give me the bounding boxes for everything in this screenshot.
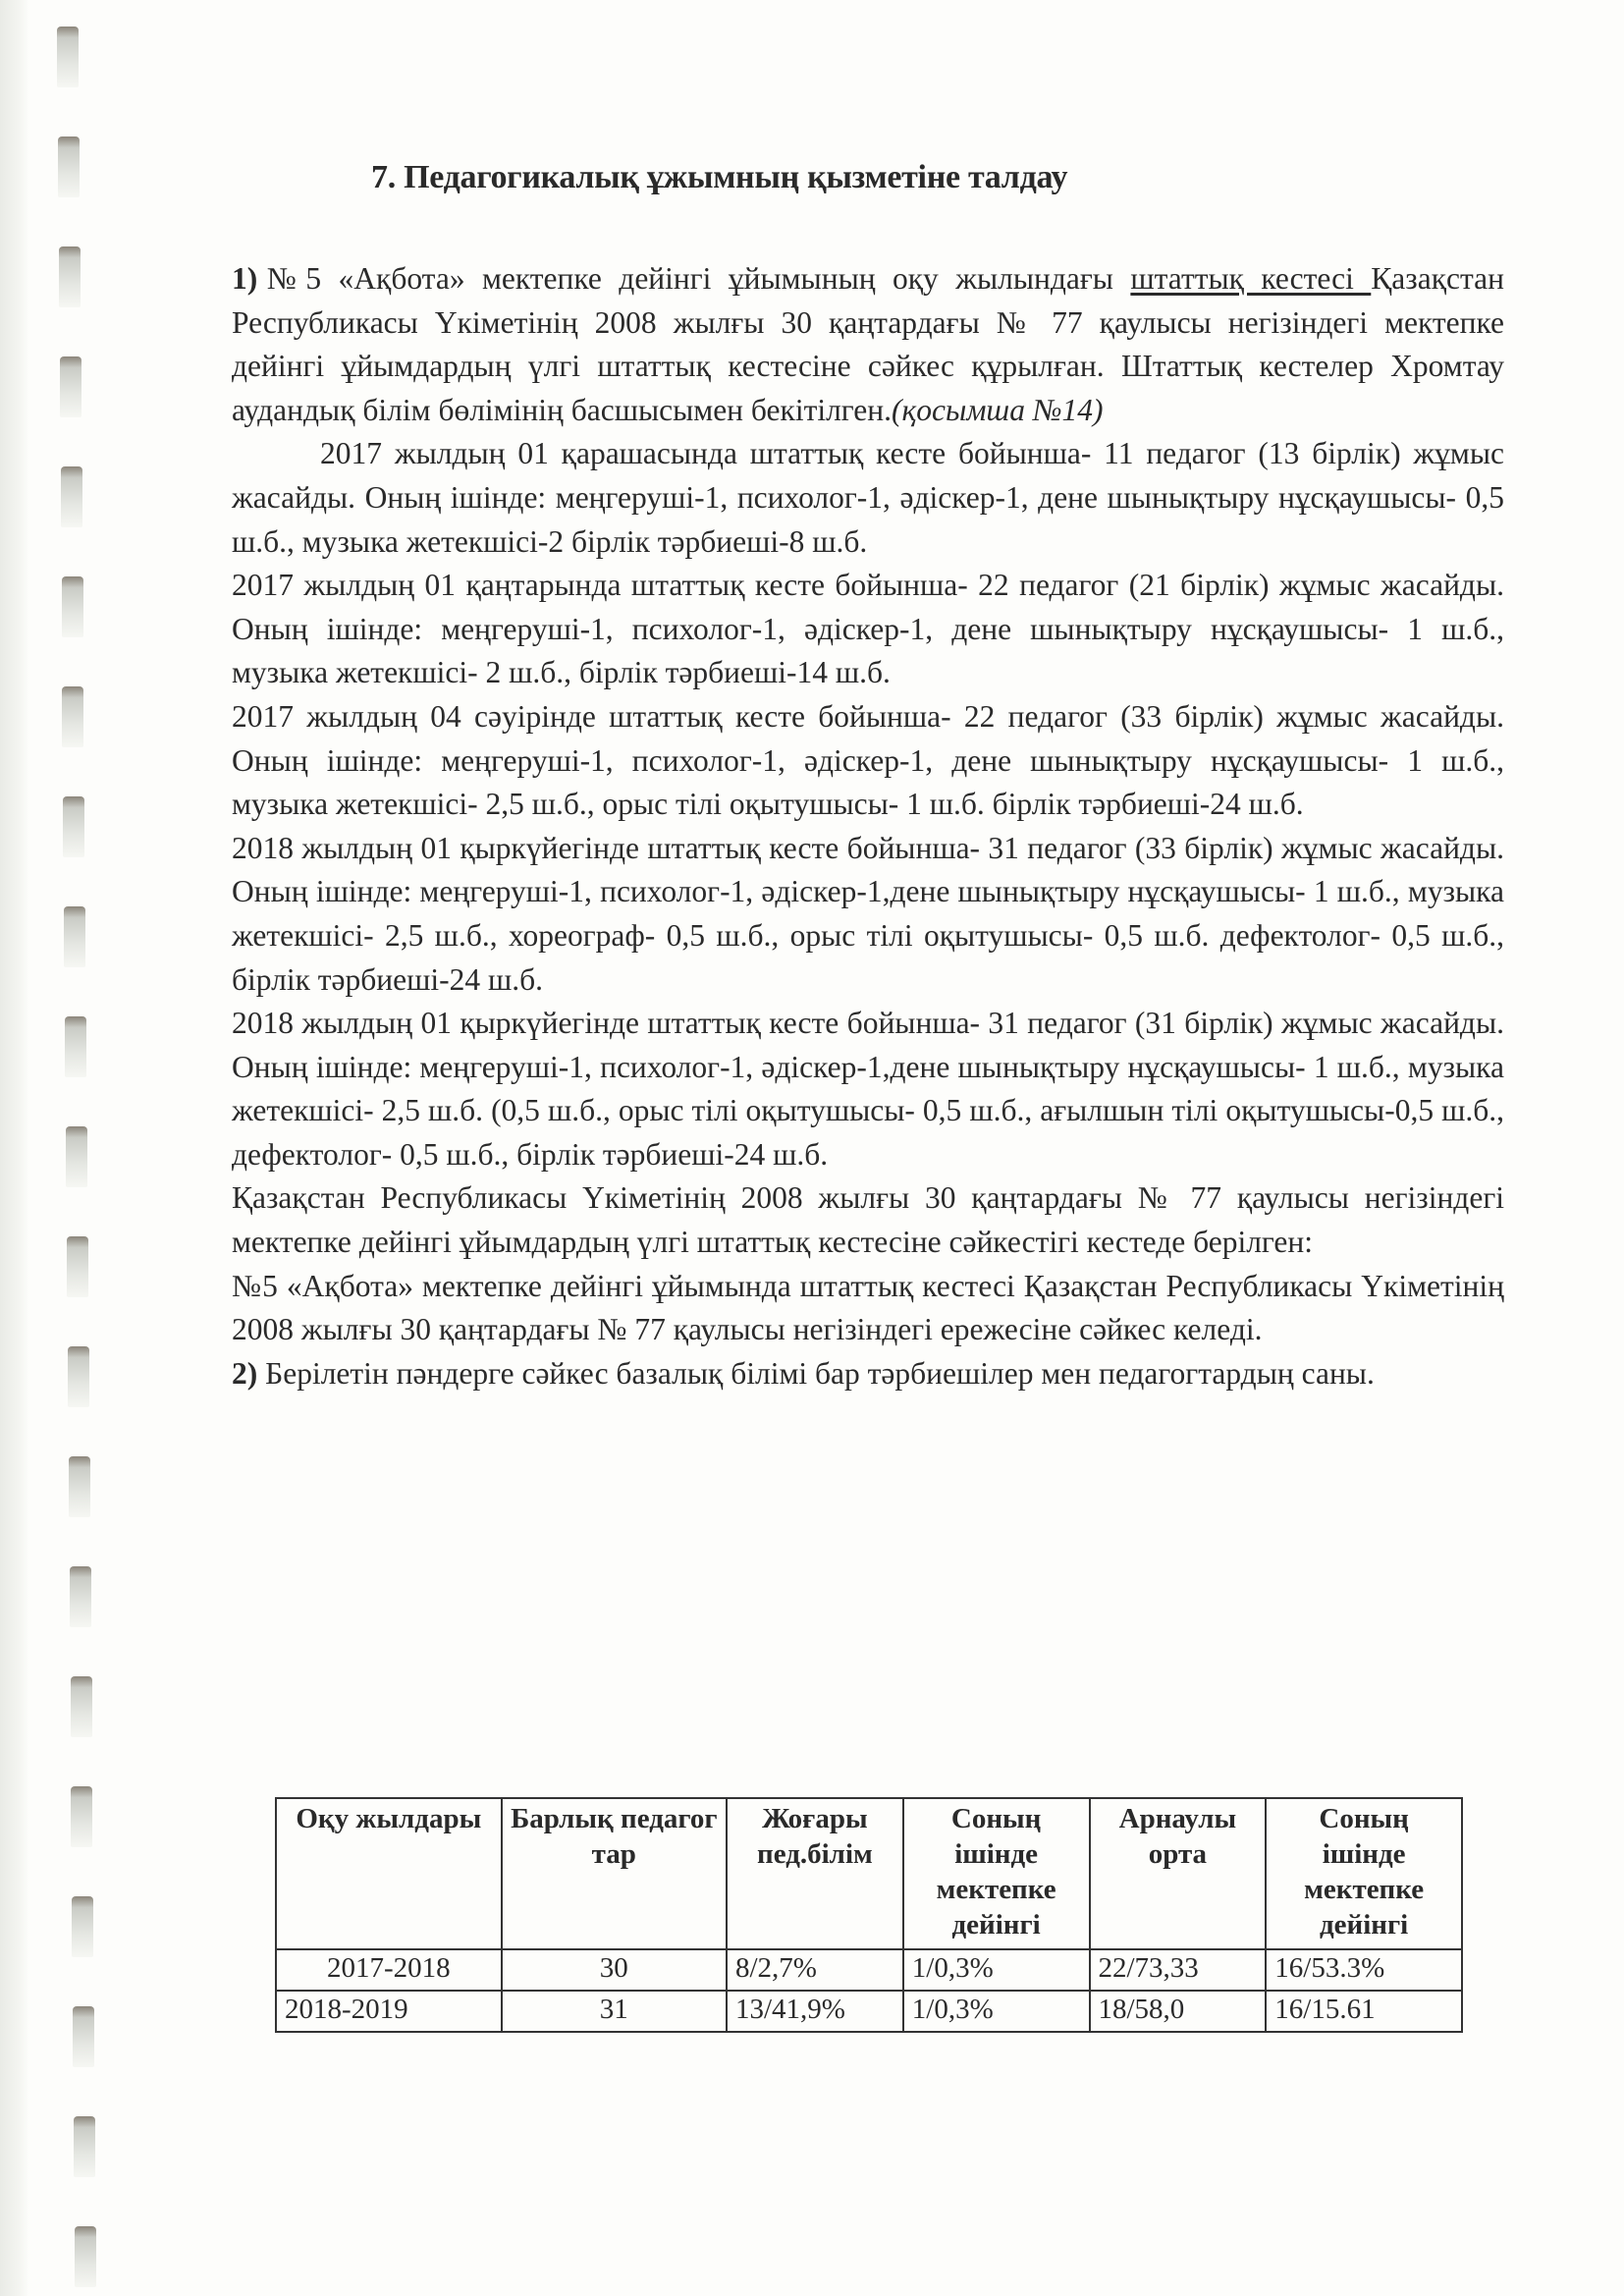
header-academic-years: Оқу жылдары — [276, 1798, 502, 1949]
cell-higher: 13/41,9% — [727, 1991, 903, 2032]
section-marker: 2) — [232, 1356, 257, 1391]
cell-secondary: 18/58,0 — [1090, 1991, 1267, 2032]
binding-hole — [69, 1456, 90, 1517]
section-title: 7. Педагогикалық ұжымның қызметіне талда… — [371, 159, 1255, 196]
binding-hole — [62, 576, 83, 637]
binding-hole — [68, 1346, 89, 1407]
paragraph-2017-apr: 2017 жылдың 04 сәуірінде штаттық кесте б… — [232, 695, 1504, 827]
table-row: 2018-2019 31 13/41,9% 1/0,3% 18/58,0 16/… — [276, 1991, 1462, 2032]
binding-hole — [59, 246, 81, 307]
binding-hole — [74, 2116, 95, 2177]
binding-hole — [71, 1676, 92, 1737]
binding-hole — [63, 796, 84, 857]
binding-hole — [57, 27, 79, 87]
binding-hole — [64, 906, 85, 967]
binding-hole — [65, 1016, 86, 1077]
appendix-reference: (қосымша №14) — [892, 393, 1104, 427]
header-of-which-preschool: Соның ішінде мектепке дейінгі — [903, 1798, 1090, 1949]
page-edge-shadow — [0, 0, 29, 2296]
paragraph-compliance-conclusion: №5 «Ақбота» мектепке дейінгі ұйымында шт… — [232, 1265, 1504, 1352]
cell-secondary-preschool: 16/53.3% — [1266, 1949, 1462, 1991]
binding-hole — [60, 356, 81, 417]
binding-hole — [70, 1566, 91, 1627]
binding-hole — [75, 2226, 96, 2287]
header-total-educators: Барлық педагог тар — [502, 1798, 727, 1949]
binding-hole — [67, 1236, 88, 1297]
section-marker: 1) — [232, 261, 257, 296]
binding-hole — [61, 466, 82, 527]
cell-secondary: 22/73,33 — [1090, 1949, 1267, 1991]
cell-total: 30 — [502, 1949, 727, 1991]
paragraph-2017-jan: 2017 жылдың 01 қаңтарында штаттық кесте … — [232, 564, 1504, 695]
cell-higher-preschool: 1/0,3% — [903, 1991, 1090, 2032]
cell-higher: 8/2,7% — [727, 1949, 903, 1991]
table-header-row: Оқу жылдары Барлық педагог тар Жоғары пе… — [276, 1798, 1462, 1949]
document-body: 1)№5 «Ақбота» мектепке дейінгі ұйымының … — [232, 257, 1504, 1395]
header-of-which-preschool-2: Соның ішінде мектепке дейінгі — [1266, 1798, 1462, 1949]
paragraph-staffing-intro: 1)№5 «Ақбота» мектепке дейінгі ұйымының … — [232, 257, 1504, 432]
paragraph-2017-nov: 2017 жылдың 01 қарашасында штаттық кесте… — [232, 432, 1504, 564]
cell-secondary-preschool: 16/15.61 — [1266, 1991, 1462, 2032]
educators-education-table: Оқу жылдары Барлық педагог тар Жоғары пе… — [275, 1797, 1463, 2033]
header-higher-ped-education: Жоғары пед.білім — [727, 1798, 903, 1949]
cell-year: 2017-2018 — [276, 1949, 502, 1991]
binding-hole — [71, 1786, 92, 1847]
paragraph-section-2: 2) Берілетін пәндерге сәйкес базалық біл… — [232, 1352, 1504, 1396]
header-secondary-specialized: Арнаулы орта — [1090, 1798, 1267, 1949]
text-run: Берілетін пәндерге сәйкес базалық білімі… — [257, 1356, 1375, 1391]
paragraph-2018-sep-a: 2018 жылдың 01 қыркүйегінде штаттық кест… — [232, 827, 1504, 1002]
binding-holes — [57, 0, 106, 2296]
cell-higher-preschool: 1/0,3% — [903, 1949, 1090, 1991]
binding-hole — [58, 137, 80, 197]
binding-hole — [73, 2006, 94, 2067]
text-run: №5 «Ақбота» мектепке дейінгі ұйымының оқ… — [257, 261, 1130, 296]
binding-hole — [72, 1896, 93, 1957]
binding-hole — [62, 686, 83, 747]
underlined-text: штаттық кестесі — [1130, 261, 1371, 296]
binding-hole — [66, 1126, 87, 1187]
cell-total: 31 — [502, 1991, 727, 2032]
paragraph-2018-sep-b: 2018 жылдың 01 қыркүйегінде штаттық кест… — [232, 1002, 1504, 1176]
cell-year: 2018-2019 — [276, 1991, 502, 2032]
table-row: 2017-2018 30 8/2,7% 1/0,3% 22/73,33 16/5… — [276, 1949, 1462, 1991]
paragraph-compliance-table: Қазақстан Республикасы Үкіметінің 2008 ж… — [232, 1176, 1504, 1264]
